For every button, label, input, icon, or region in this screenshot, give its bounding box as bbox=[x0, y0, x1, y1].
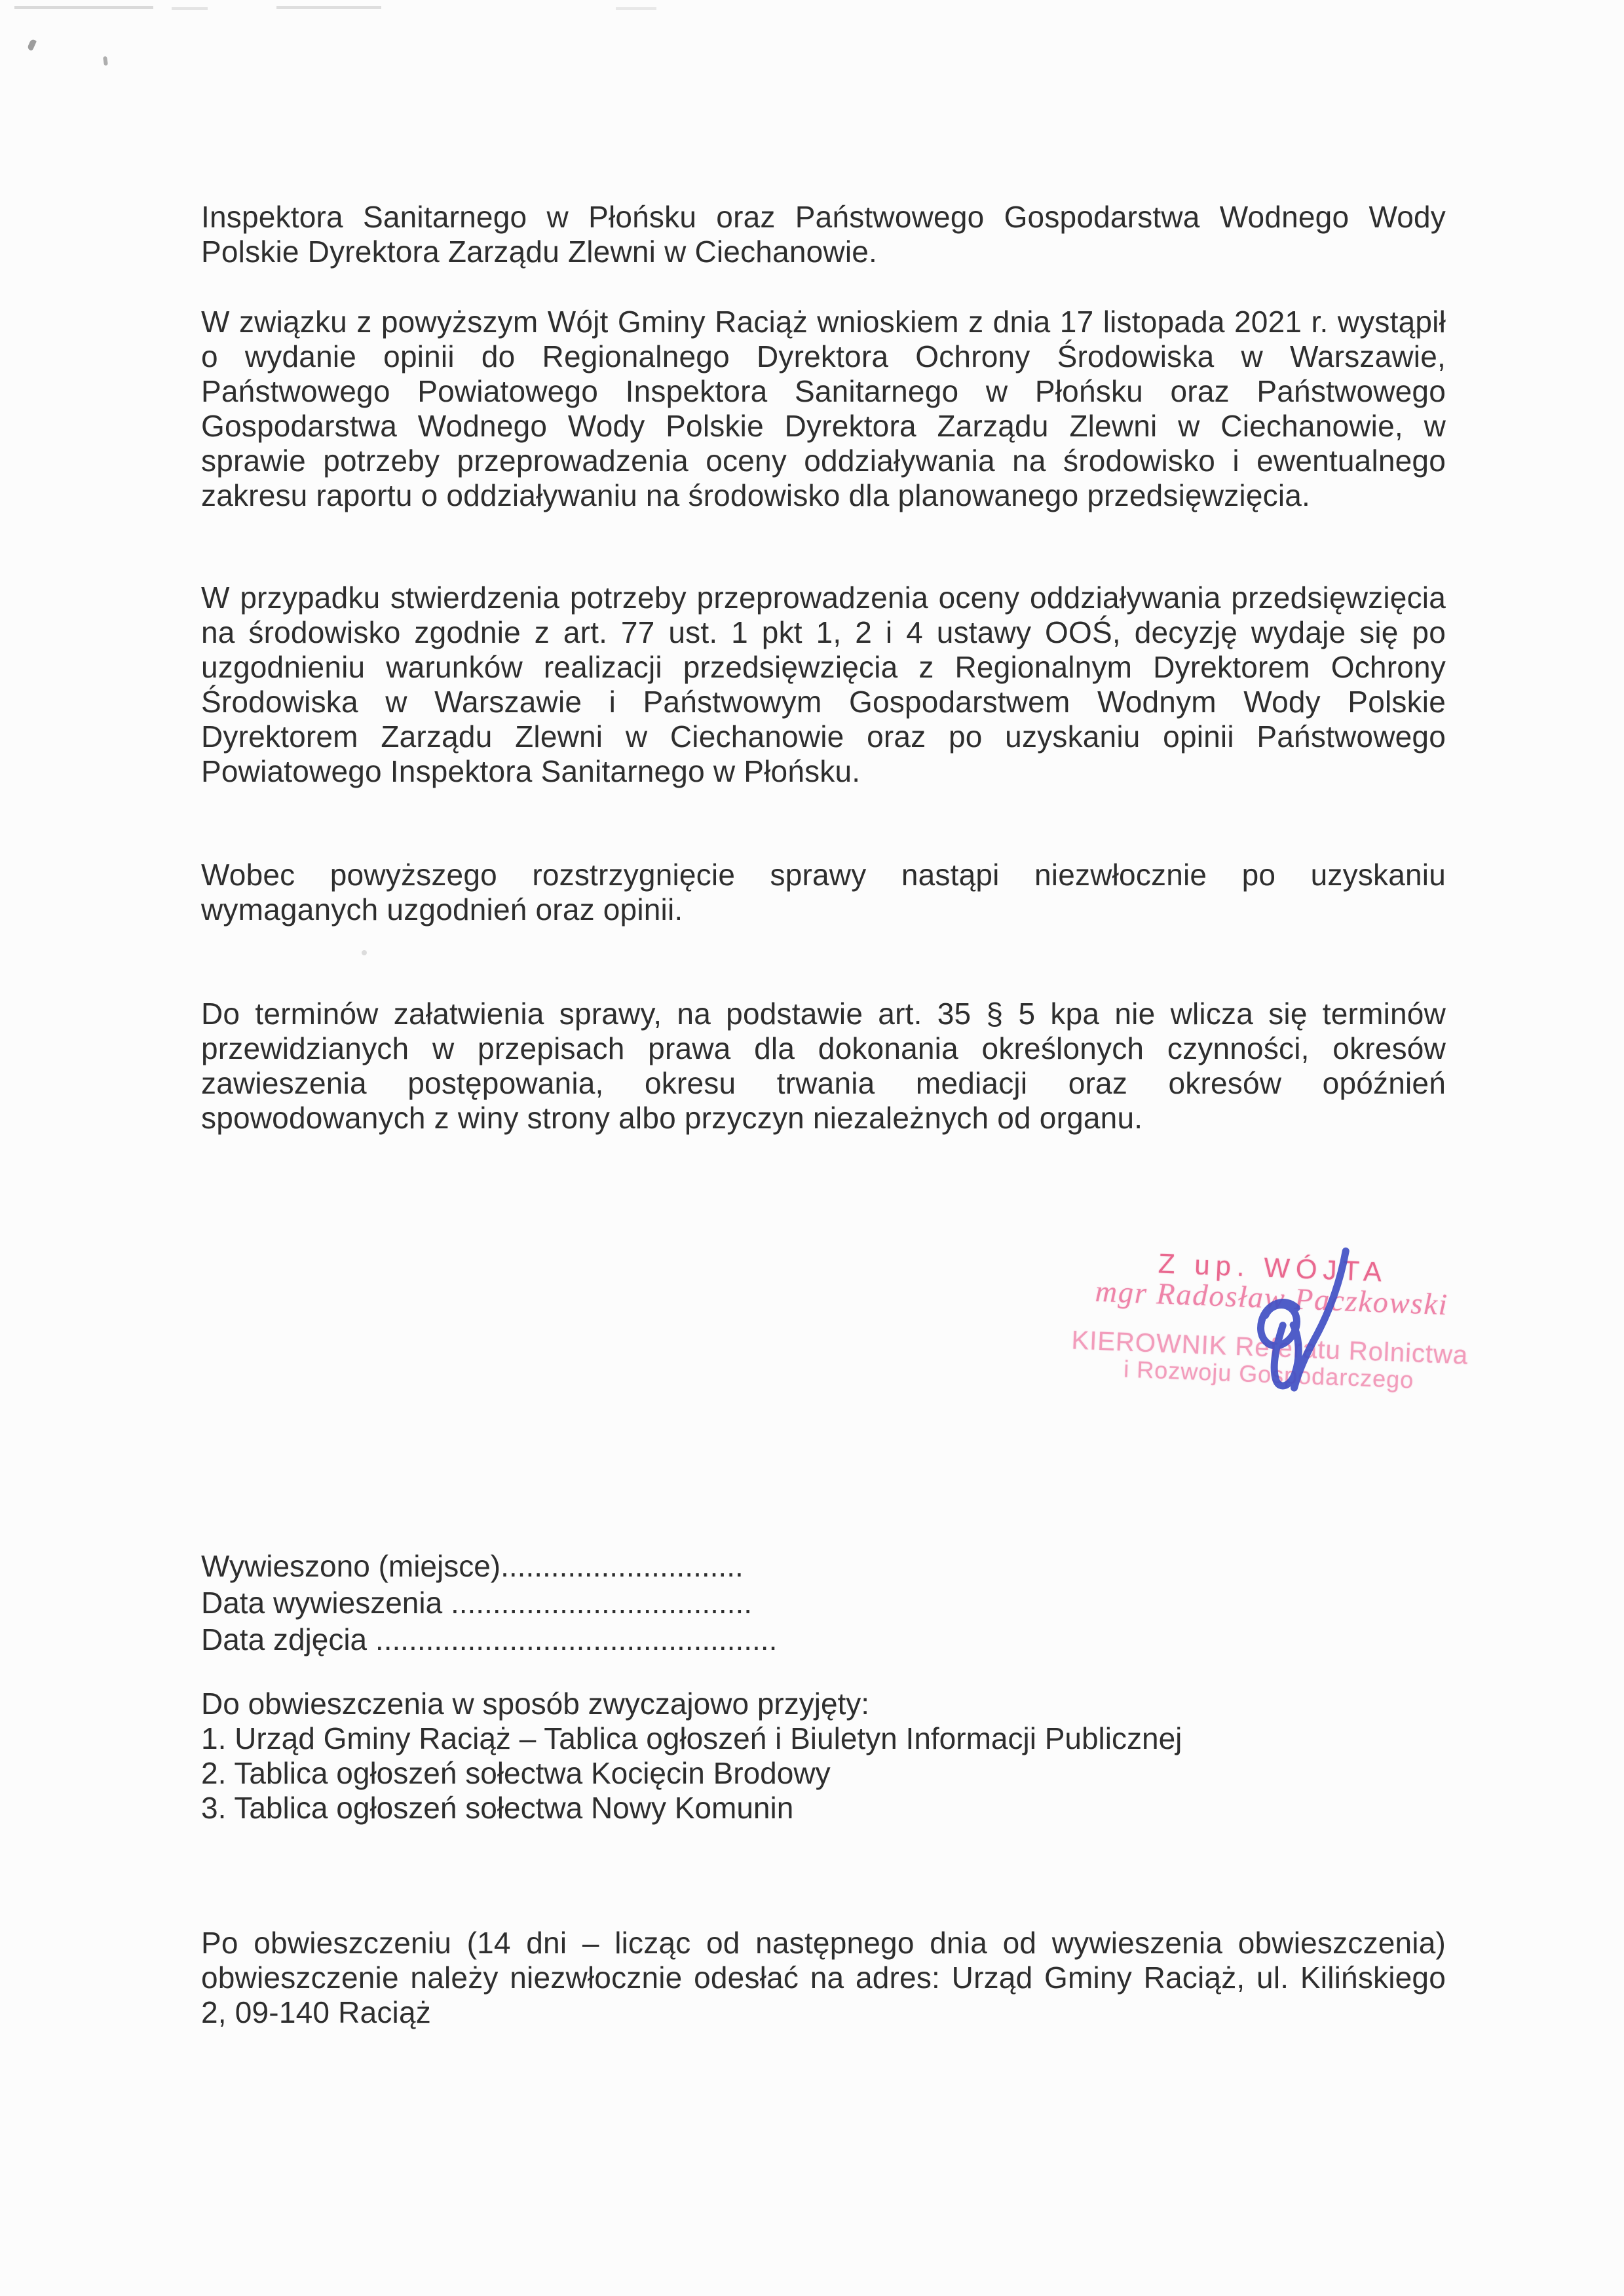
signature-scribble bbox=[1217, 1242, 1373, 1402]
paragraph-opinion-request: W związku z powyższym Wójt Gminy Raciąż … bbox=[201, 305, 1446, 513]
paragraph-return-note: Po obwieszczeniu (14 dni – licząc od nas… bbox=[201, 1926, 1446, 2030]
paragraph-continuation: Inspektora Sanitarnego w Płońsku oraz Pa… bbox=[201, 200, 1446, 269]
posting-place-line: Wywieszono (miejsce)....................… bbox=[201, 1548, 1446, 1584]
scan-artifact-speck bbox=[27, 39, 37, 51]
scan-artifact-line bbox=[14, 6, 153, 9]
posting-date-line: Data wywieszenia .......................… bbox=[201, 1584, 1446, 1621]
distribution-item: 1. Urząd Gminy Raciąż – Tablica ogłoszeń… bbox=[201, 1721, 1479, 1756]
scan-artifact-speck bbox=[362, 950, 367, 955]
scan-artifact-speck bbox=[103, 56, 108, 66]
distribution-heading: Do obwieszczenia w sposób zwyczajowo prz… bbox=[201, 1687, 1479, 1721]
scan-artifact-line bbox=[616, 7, 656, 10]
distribution-item: 3. Tablica ogłoszeń sołectwa Nowy Komuni… bbox=[201, 1791, 1479, 1826]
scan-artifact-line bbox=[172, 7, 208, 10]
paragraph-assessment-procedure: W przypadku stwierdzenia potrzeby przepr… bbox=[201, 581, 1446, 789]
distribution-item: 2. Tablica ogłoszeń sołectwa Kocięcin Br… bbox=[201, 1756, 1479, 1791]
scanned-document-page: Inspektora Sanitarnego w Płońsku oraz Pa… bbox=[0, 0, 1624, 2296]
paragraph-resolution: Wobec powyższego rozstrzygnięcie sprawy … bbox=[201, 858, 1446, 927]
scan-artifact-line bbox=[276, 6, 381, 9]
removal-date-line: Data zdjęcia ...........................… bbox=[201, 1621, 1446, 1658]
paragraph-deadlines: Do terminów załatwienia sprawy, na podst… bbox=[201, 997, 1446, 1136]
distribution-list: Do obwieszczenia w sposób zwyczajowo prz… bbox=[201, 1687, 1479, 1826]
